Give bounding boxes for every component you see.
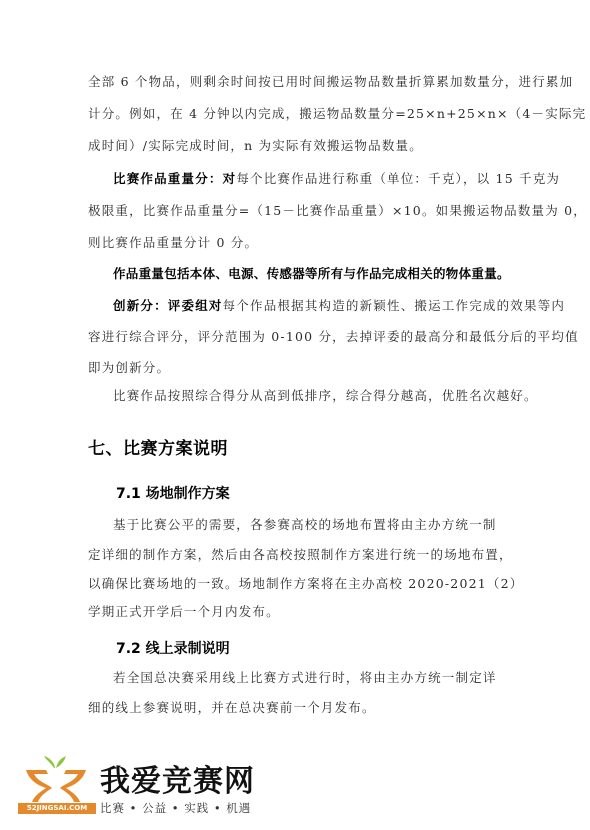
innovation-score-label: 创新分：评委组对: [113, 298, 223, 313]
logo-slogan: 比赛 • 公益 • 实践 • 机遇: [100, 800, 251, 816]
para1-line-1: 全部 6 个物品，则剩余时间按已用时间搬运物品数量折算累加数量分，进行累加: [88, 74, 508, 90]
section-7-2-title: 7.2 线上录制说明: [116, 638, 230, 658]
watermark-logo: 52JINGSAI.COM 我爱竞赛网 比赛 • 公益 • 实践 • 机遇: [16, 752, 276, 822]
weight-score-line-2: 极限重，比赛作品重量分=（15－比赛作品重量）×10。如果搬运物品数量为 0，: [88, 203, 508, 219]
innovation-score-line-1: 创新分：评委组对每个作品根据其构造的新颖性、搬运工作完成的效果等内: [113, 298, 533, 314]
logo-title: 我爱竞赛网: [100, 756, 255, 800]
section-7-title: 七、比赛方案说明: [88, 434, 228, 459]
innovation-score-line-2: 容进行综合评分，评分范围为 0-100 分，去掉评委的最高分和最低分后的平均值: [88, 329, 508, 345]
section-7-1-title: 7.1 场地制作方案: [116, 483, 230, 503]
para1-line-2: 计分。例如，在 4 分钟以内完成，搬运物品数量分=25×n+25×n×（4－实际…: [88, 106, 508, 122]
section-7-2-line-1: 若全国总决赛采用线上比赛方式进行时，将由主办方统一制定详: [113, 670, 533, 686]
ranking-text: 比赛作品按照综合得分从高到低排序，综合得分越高，优胜名次越好。: [113, 388, 533, 404]
weight-note: 作品重量包括本体、电源、传感器等所有与作品完成相关的物体重量。: [113, 266, 533, 282]
weight-score-line-1: 比赛作品重量分：对每个比赛作品进行称重（单位：千克），以 15 千克为: [113, 171, 533, 187]
section-7-2-line-2: 细的线上参赛说明，并在总决赛前一个月发布。: [88, 700, 508, 716]
section-7-1-line-2: 定详细的制作方案，然后由各高校按照制作方案进行统一的场地布置，: [88, 547, 508, 563]
section-7-1-line-3: 以确保比赛场地的一致。场地制作方案将在主办高校 2020-2021（2）: [88, 576, 508, 592]
section-7-1-line-1: 基于比赛公平的需要，各参赛高校的场地布置将由主办方统一制: [113, 517, 533, 533]
weight-score-label: 比赛作品重量分：对: [113, 171, 236, 186]
innovation-score-line-3: 即为创新分。: [88, 360, 508, 376]
para1-line-3: 成时间）/实际完成时间，n 为实际有效搬运物品数量。: [88, 138, 508, 154]
logo-url: 52JINGSAI.COM: [18, 803, 96, 814]
section-7-1-line-4: 学期正式开学后一个月内发布。: [88, 604, 508, 620]
weight-score-line-3: 则比赛作品重量分计 0 分。: [88, 235, 508, 251]
